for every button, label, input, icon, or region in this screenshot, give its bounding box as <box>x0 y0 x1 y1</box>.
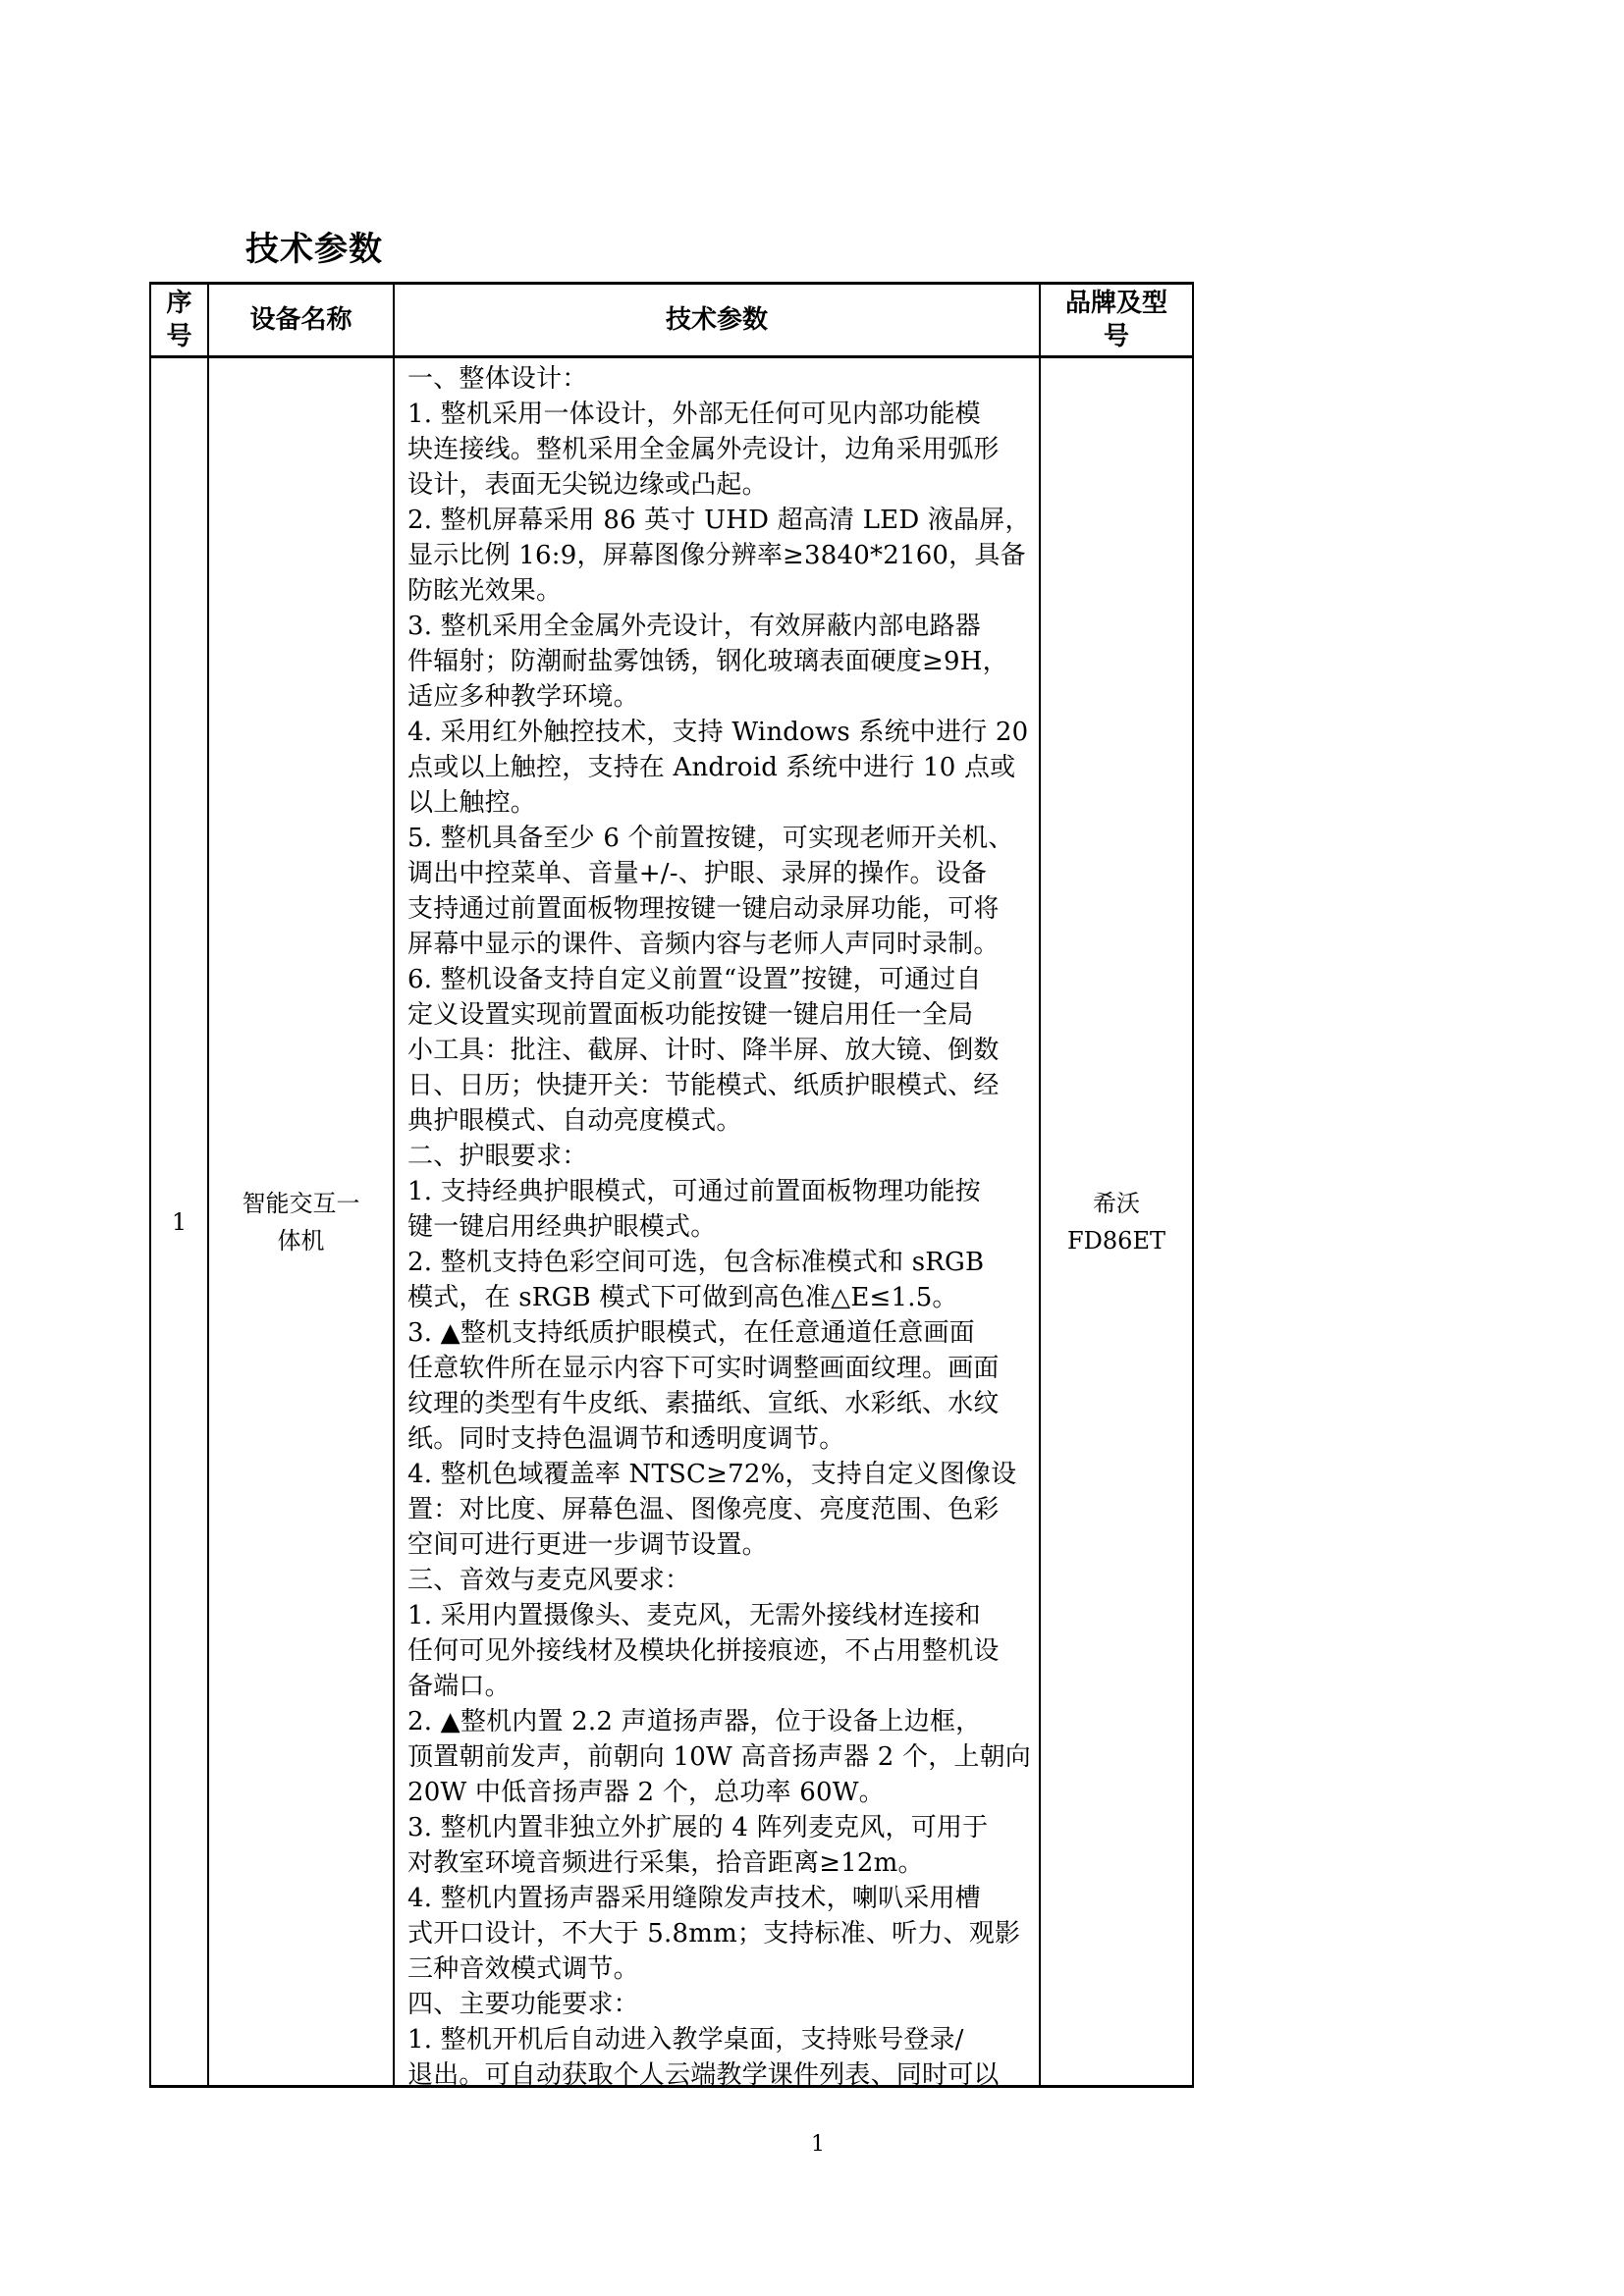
param-line: 键一键启用经典护眼模式。 <box>407 1209 1036 1245</box>
param-line: 1. 采用内置摄像头、麦克风，无需外接线材连接和 <box>407 1598 1036 1633</box>
param-line: 显示比例 16:9，屏幕图像分辨率≥3840*2160，具备 <box>407 538 1036 573</box>
row-params-cell: 一、整体设计：1. 整机采用一体设计，外部无任何可见内部功能模块连接线。整机采用… <box>407 361 1036 2093</box>
param-line: 任何可见外接线材及模块化拼接痕迹，不占用整机设 <box>407 1633 1036 1669</box>
param-line: 6. 整机设备支持自定义前置“设置”按键，可通过自 <box>407 962 1036 997</box>
header-index-line2: 号 <box>166 320 191 353</box>
param-line: 式开口设计，不大于 5.8mm；支持标准、听力、观影 <box>407 1916 1036 1951</box>
param-line: 模式，在 sRGB 模式下可做到高色准△E≤1.5。 <box>407 1280 1036 1315</box>
param-line: 4. 采用红外触控技术，支持 Windows 系统中进行 20 <box>407 715 1036 750</box>
param-line: 任意软件所在显示内容下可实时调整画面纹理。画面 <box>407 1351 1036 1386</box>
brand-name: 希沃 <box>1093 1185 1140 1222</box>
param-line: 二、护眼要求： <box>407 1139 1036 1174</box>
param-line: 件辐射；防潮耐盐雾蚀锈，钢化玻璃表面硬度≥9H， <box>407 644 1036 679</box>
device-name-line1: 智能交互一 <box>243 1185 360 1222</box>
param-line: 三、音效与麦克风要求： <box>407 1563 1036 1598</box>
row-index: 1 <box>172 1203 187 1241</box>
param-line: 以上触控。 <box>407 785 1036 821</box>
page-number: 1 <box>811 2132 825 2157</box>
param-line: 2. 整机屏幕采用 86 英寸 UHD 超高清 LED 液晶屏， <box>407 503 1036 538</box>
param-line: 3. 整机采用全金属外壳设计，有效屏蔽内部电路器 <box>407 609 1036 644</box>
header-name-label: 设备名称 <box>249 303 352 337</box>
param-line: 四、主要功能要求： <box>407 1987 1036 2022</box>
param-line: 支持通过前置面板物理按键一键启动录屏功能，可将 <box>407 891 1036 927</box>
param-line: 定义设置实现前置面板功能按键一键启用任一全局 <box>407 997 1036 1033</box>
param-line: 小工具：批注、截屏、计时、降半屏、放大镜、倒数 <box>407 1033 1036 1068</box>
param-line: 置：对比度、屏幕色温、图像亮度、亮度范围、色彩 <box>407 1492 1036 1527</box>
header-params-label: 技术参数 <box>666 303 768 337</box>
param-line: 4. 整机内置扬声器采用缝隙发声技术，喇叭采用槽 <box>407 1881 1036 1916</box>
param-line: 备端口。 <box>407 1669 1036 1704</box>
param-line: 3. ▲整机支持纸质护眼模式，在任意通道任意画面 <box>407 1315 1036 1351</box>
param-line: 三种音效模式调节。 <box>407 1951 1036 1987</box>
param-line: 1. 支持经典护眼模式，可通过前置面板物理功能按 <box>407 1174 1036 1209</box>
header-brand-line2: 号 <box>1104 320 1129 353</box>
param-line: 纹理的类型有牛皮纸、素描纸、宣纸、水彩纸、水纹 <box>407 1386 1036 1421</box>
header-name: 设备名称 <box>209 285 393 355</box>
param-line: 5. 整机具备至少 6 个前置按键，可实现老师开关机、 <box>407 821 1036 856</box>
param-line: 典护眼模式、自动亮度模式。 <box>407 1103 1036 1139</box>
param-line: 20W 中低音扬声器 2 个，总功率 60W。 <box>407 1775 1036 1810</box>
row-brand-cell: 希沃 FD86ET <box>1041 358 1192 2085</box>
header-params: 技术参数 <box>395 285 1039 355</box>
param-line: 1. 整机采用一体设计，外部无任何可见内部功能模 <box>407 397 1036 432</box>
param-line: 对教室环境音频进行采集，拾音距离≥12m。 <box>407 1845 1036 1881</box>
param-line: 屏幕中显示的课件、音频内容与老师人声同时录制。 <box>407 927 1036 962</box>
header-brand-line1: 品牌及型 <box>1065 287 1167 320</box>
row-name-cell: 智能交互一 体机 <box>209 358 393 2085</box>
spec-table: 序 号 设备名称 技术参数 品牌及型 号 1 智能交互一 体机 一、整体设计：1… <box>149 282 1194 2088</box>
row-index-cell: 1 <box>151 358 207 2085</box>
param-line: 2. ▲整机内置 2.2 声道扬声器，位于设备上边框， <box>407 1704 1036 1739</box>
header-index: 序 号 <box>151 285 207 355</box>
param-line: 退出。可自动获取个人云端教学课件列表、同时可以 <box>407 2057 1036 2093</box>
column-divider <box>393 285 395 2085</box>
param-line: 设计，表面无尖锐边缘或凸起。 <box>407 467 1036 503</box>
page-title: 技术参数 <box>245 222 383 270</box>
param-line: 1. 整机开机后自动进入教学桌面，支持账号登录/ <box>407 2022 1036 2057</box>
param-line: 一、整体设计： <box>407 361 1036 397</box>
param-line: 纸。同时支持色温调节和透明度调节。 <box>407 1421 1036 1457</box>
param-line: 调出中控菜单、音量+/-、护眼、录屏的操作。设备 <box>407 856 1036 891</box>
param-line: 2. 整机支持色彩空间可选，包含标准模式和 sRGB <box>407 1245 1036 1280</box>
param-line: 日、日历；快捷开关：节能模式、纸质护眼模式、经 <box>407 1068 1036 1103</box>
model-number: FD86ET <box>1067 1222 1165 1259</box>
param-line: 3. 整机内置非独立外扩展的 4 阵列麦克风，可用于 <box>407 1810 1036 1845</box>
param-line: 适应多种教学环境。 <box>407 679 1036 715</box>
param-line: 顶置朝前发声，前朝向 10W 高音扬声器 2 个，上朝向 <box>407 1739 1036 1775</box>
param-line: 防眩光效果。 <box>407 573 1036 609</box>
header-index-line1: 序 <box>166 287 191 320</box>
param-line: 块连接线。整机采用全金属外壳设计，边角采用弧形 <box>407 432 1036 467</box>
param-line: 4. 整机色域覆盖率 NTSC≥72%，支持自定义图像设 <box>407 1457 1036 1492</box>
header-brand: 品牌及型 号 <box>1041 285 1192 355</box>
device-name-line2: 体机 <box>278 1222 325 1259</box>
param-line: 点或以上触控，支持在 Android 系统中进行 10 点或 <box>407 750 1036 785</box>
param-line: 空间可进行更进一步调节设置。 <box>407 1527 1036 1563</box>
